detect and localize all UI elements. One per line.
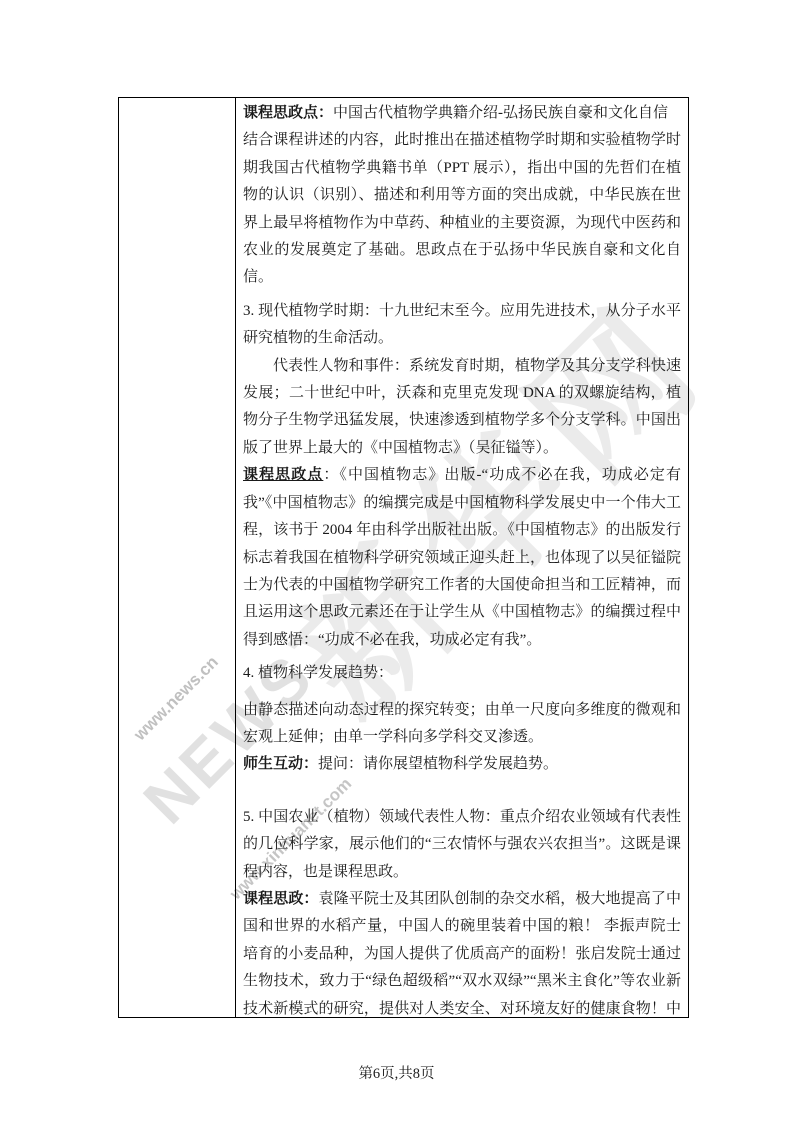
paragraph-sizheng-scientists: 课程思政：袁隆平院士及其团队创制的杂交水稻，极大地提高了中国和世界的水稻产量，中…	[243, 886, 681, 1017]
interaction-text: 提问：请你展望植物科学发展趋势。	[318, 756, 558, 772]
paragraph-teacher-student-interaction: 师生互动：提问：请你展望植物科学发展趋势。	[243, 751, 681, 778]
lesson-plan-table: 课程思政点：中国古代植物学典籍介绍-弘扬民族自豪和文化自信 结合课程讲述的内容，…	[118, 97, 689, 1018]
sizheng-point-2-text: ：《中国植物志》出版-“功成不必在我，功成必定有我”《中国植物志》的编撰完成是中…	[243, 467, 681, 647]
sizheng-scientists-text: 袁隆平院士及其团队创制的杂交水稻，极大地提高了中国和世界的水稻产量，中国人的碗里…	[243, 891, 681, 1017]
paragraph-section-4-trends-heading: 4. 植物科学发展趋势：	[243, 660, 681, 687]
paragraph-section-5-agriculture-figures: 5. 中国农业（植物）领域代表性人物：重点介绍农业领域有代表性的几位科学家，展示…	[243, 804, 681, 886]
page-number-footer: 第6页,共8页	[0, 1062, 793, 1083]
paragraph-section-3-modern-botany: 3. 现代植物学时期：十九世纪末至今。应用先进技术，从分子水平研究植物的生命活动…	[243, 298, 681, 353]
sizheng-point-1-label: 课程思政点：	[243, 105, 333, 121]
table-cell-left-empty	[119, 98, 236, 1017]
paragraph-sizheng-point-2: 课程思政点：《中国植物志》出版-“功成不必在我，功成必定有我”《中国植物志》的编…	[243, 462, 681, 654]
paragraph-sizheng-point-1-body: 结合课程讲述的内容，此时推出在描述植物学时期和实验植物学时期我国古代植物学典籍书…	[243, 127, 681, 291]
table-cell-content: 课程思政点：中国古代植物学典籍介绍-弘扬民族自豪和文化自信 结合课程讲述的内容，…	[236, 98, 688, 1017]
paragraph-sizheng-point-1: 课程思政点：中国古代植物学典籍介绍-弘扬民族自豪和文化自信	[243, 100, 681, 127]
document-page: 新华网 NEWS www.news.cn www.xinhuanet.com 课…	[0, 0, 793, 1122]
paragraph-representative-figures: 代表性人物和事件：系统发育时期，植物学及其分支学科快速发展；二十世纪中叶，沃森和…	[243, 353, 681, 463]
paragraph-trends-body: 由静态描述向动态过程的探究转变；由单一尺度向多维度的微观和宏观上延伸；由单一学科…	[243, 697, 681, 752]
sizheng-point-2-label: 课程思政点	[243, 467, 323, 483]
sizheng-scientists-label: 课程思政：	[243, 891, 319, 907]
interaction-label: 师生互动：	[243, 756, 318, 772]
sizheng-point-1-text: 中国古代植物学典籍介绍-弘扬民族自豪和文化自信	[333, 105, 668, 121]
